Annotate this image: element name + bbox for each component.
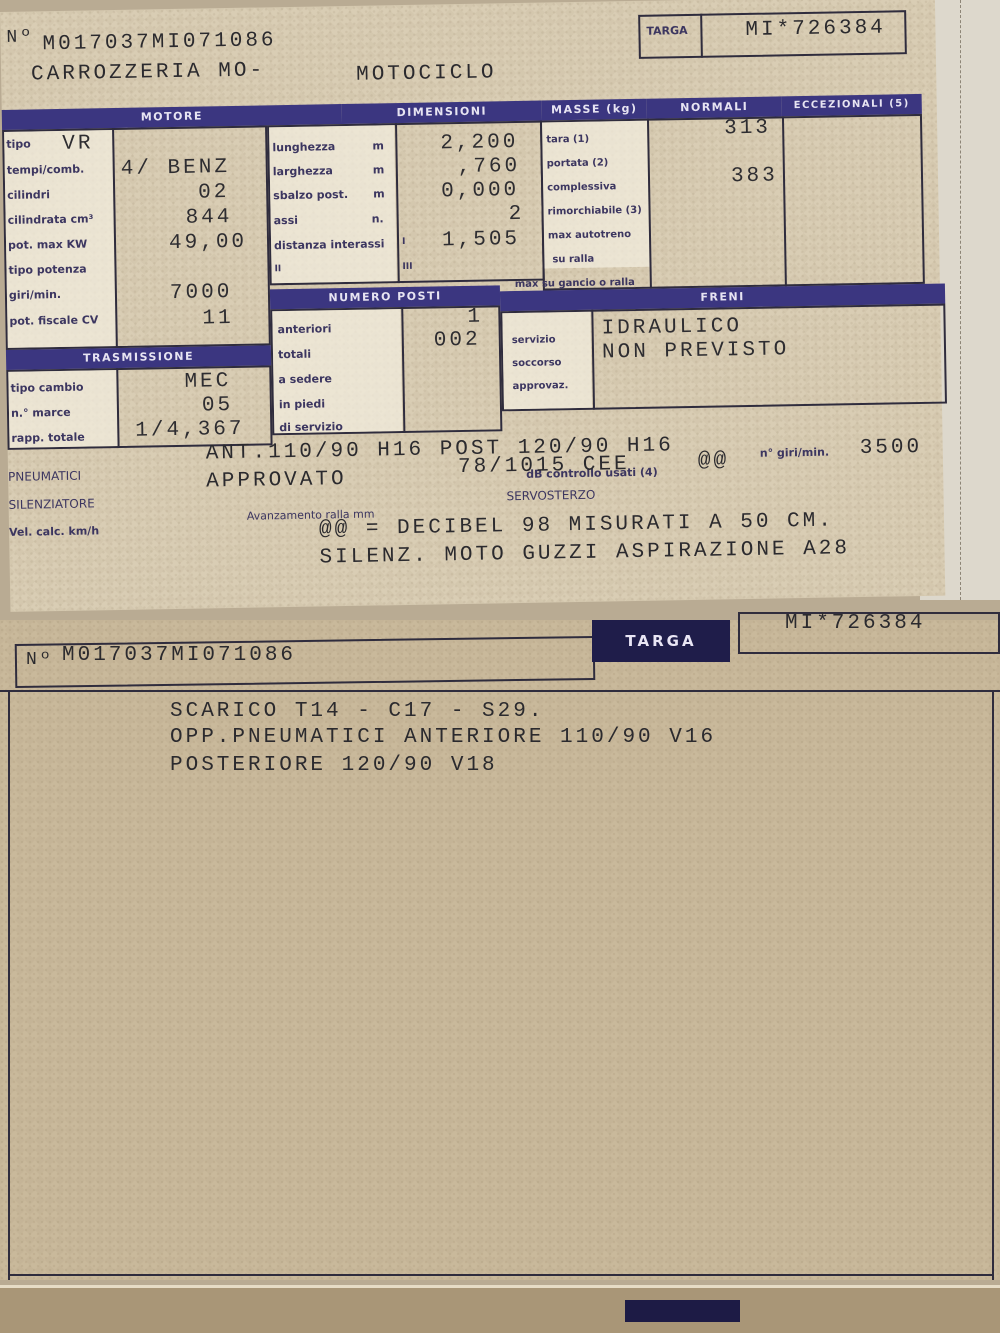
dimensioni-rows: lunghezza m 2,200 larghezza m ,760 sbalz… bbox=[0, 0, 935, 12]
trasmissione-label: rapp. totale bbox=[11, 431, 85, 445]
motore-label: tempi/comb. bbox=[7, 163, 85, 177]
registration-page-top: Nº M017037MI071086 CARROZZERIA MO- MOTOC… bbox=[0, 0, 945, 612]
dimensioni-label: larghezza bbox=[273, 164, 333, 178]
motore-value: 02 bbox=[198, 181, 230, 205]
masse-label: max su gancio o ralla bbox=[515, 277, 635, 290]
posti-value: 1 bbox=[467, 306, 483, 329]
dimensioni-unit: I bbox=[402, 237, 406, 247]
motore-value: 4/ BENZ bbox=[121, 156, 231, 181]
pneumatici-label: PNEUMATICI bbox=[8, 469, 81, 484]
freni-label: soccorso bbox=[512, 357, 561, 369]
registration-page-bottom: Nº M017037MI071086 TARGA MI*726384 SCARI… bbox=[0, 620, 1000, 1280]
masse-normali-value: 383 bbox=[731, 164, 778, 188]
dimensioni-unit: m bbox=[372, 139, 384, 152]
targa-tab-edge bbox=[625, 1300, 740, 1322]
posti-label: a sedere bbox=[278, 372, 332, 386]
motore-label: giri/min. bbox=[9, 288, 61, 302]
normali-header: NORMALI bbox=[647, 96, 782, 118]
targa-value: MI*726384 bbox=[785, 612, 925, 635]
motore-label: pot. max KW bbox=[8, 238, 87, 252]
eccezionali-header: ECCEZIONALI (5) bbox=[782, 94, 922, 116]
giri-min-label: n° giri/min. bbox=[760, 446, 829, 460]
vel-calc-label: Vel. calc. km/h bbox=[9, 524, 99, 539]
motore-rows: tipo VR tempi/comb. 4/ BENZ cilindri 02 … bbox=[0, 0, 935, 12]
motore-value: VR bbox=[62, 132, 94, 156]
dimensioni-label: sbalzo post. bbox=[273, 188, 348, 202]
dimensioni-unit: n. bbox=[372, 212, 384, 225]
numero-posti-rows: anteriori 1 totali 002 a sedere in piedi… bbox=[0, 0, 935, 12]
masse-header: MASSE (kg) bbox=[542, 99, 647, 121]
targa-label: TARGA bbox=[592, 620, 730, 662]
doc-number: M017037MI071086 bbox=[42, 29, 276, 56]
masse-label: su ralla bbox=[552, 254, 594, 266]
doc-number-prefix: Nº bbox=[26, 650, 54, 670]
trasmissione-value: 05 bbox=[202, 394, 234, 418]
motore-value: 49,00 bbox=[169, 231, 247, 255]
note-line: SCARICO T14 - C17 - S29. bbox=[170, 700, 544, 723]
dimensioni-unit: m bbox=[373, 163, 385, 176]
decibel-note: @@ = DECIBEL 98 MISURATI A 50 CM. bbox=[319, 510, 834, 542]
motore-label: pot. fiscale CV bbox=[9, 313, 98, 328]
dimensioni-label: distanza interassi bbox=[274, 237, 385, 252]
dimensioni-value: 2,200 bbox=[440, 131, 518, 155]
doc-number-prefix: Nº bbox=[6, 27, 34, 47]
dimensioni-label: assi bbox=[274, 214, 299, 227]
posti-label: anteriori bbox=[277, 322, 331, 336]
masse-label: complessiva bbox=[547, 181, 616, 193]
posti-value: 002 bbox=[434, 329, 481, 353]
freni-value: IDRAULICO bbox=[601, 315, 742, 340]
masse-label: portata (2) bbox=[547, 157, 609, 169]
masse-rows: tara (1) 313 portata (2) complessiva 383… bbox=[0, 0, 935, 12]
silenziatore-approvato: APPROVATO bbox=[206, 468, 347, 493]
dimensioni-unit: III bbox=[402, 262, 412, 272]
masse-label: tara (1) bbox=[546, 134, 589, 146]
trasmissione-value: MEC bbox=[184, 370, 231, 394]
dimensioni-value: 0,000 bbox=[441, 179, 519, 203]
cee-directive: 78/1015 CEE bbox=[458, 453, 630, 479]
targa-label: TARGA bbox=[646, 24, 687, 38]
motore-label: cilindri bbox=[7, 188, 50, 202]
motore-label: cilindrata cm³ bbox=[8, 212, 94, 226]
motore-value: 844 bbox=[185, 206, 232, 230]
servosterzo-label: SERVOSTERZO bbox=[506, 488, 595, 504]
carrozzeria-value: CARROZZERIA MO- bbox=[31, 59, 265, 86]
note-line: POSTERIORE 120/90 V18 bbox=[170, 754, 498, 777]
note-line: OPP.PNEUMATICI ANTERIORE 110/90 V16 bbox=[170, 726, 716, 749]
motore-value: 7000 bbox=[170, 281, 233, 305]
dimensioni-label: lunghezza bbox=[272, 140, 335, 154]
dimensioni-value: ,760 bbox=[458, 155, 521, 179]
db-value: @@ bbox=[698, 449, 730, 473]
masse-label: rimorchiabile (3) bbox=[547, 205, 641, 218]
freni-label: servizio bbox=[512, 334, 556, 346]
motore-value: 11 bbox=[202, 307, 234, 331]
motore-label: tipo potenza bbox=[8, 263, 86, 277]
folded-page-edge bbox=[0, 1285, 1000, 1333]
dimensioni-value: 2 bbox=[508, 203, 524, 226]
masse-normali-value: 313 bbox=[724, 117, 771, 141]
motore-label: tipo bbox=[6, 137, 31, 150]
dimensioni-value: 1,505 bbox=[442, 228, 520, 252]
posti-label: in piedi bbox=[279, 397, 325, 411]
dimensioni-unit: m bbox=[373, 187, 385, 200]
dimensioni-label: II bbox=[274, 264, 281, 274]
trasmissione-rows: tipo cambio MEC n.° marce 05 rapp. total… bbox=[0, 0, 935, 12]
posti-label: di servizio bbox=[279, 420, 343, 434]
giri-min-value: 3500 bbox=[860, 436, 923, 460]
silenziatore-label: SILENZIATORE bbox=[8, 496, 94, 512]
trasmissione-value: 1/4,367 bbox=[135, 418, 245, 443]
posti-label: totali bbox=[278, 348, 311, 362]
masse-label: max autotreno bbox=[548, 229, 631, 241]
freni-rows: servizio IDRAULICO soccorso NON PREVISTO… bbox=[0, 0, 935, 12]
vehicle-type: MOTOCICLO bbox=[356, 61, 497, 86]
trasmissione-label: tipo cambio bbox=[10, 381, 83, 395]
silenziatore-note: SILENZ. MOTO GUZZI ASPIRAZIONE A28 bbox=[319, 537, 850, 569]
targa-value: MI*726384 bbox=[745, 17, 886, 42]
trasmissione-label: n.° marce bbox=[11, 406, 71, 420]
doc-number: M017037MI071086 bbox=[62, 644, 296, 667]
freni-label: approvaz. bbox=[513, 380, 569, 392]
freni-value: NON PREVISTO bbox=[602, 338, 790, 364]
